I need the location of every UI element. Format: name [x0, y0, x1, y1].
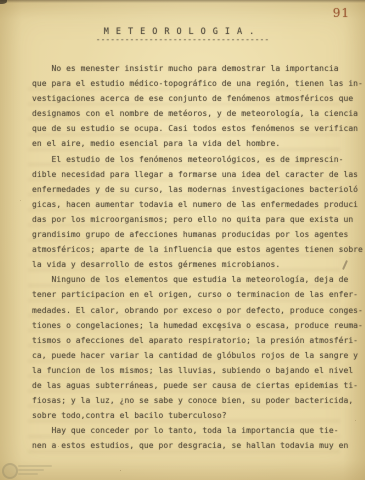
- text-line: enfermedades y de su curso, las modernas…: [32, 182, 362, 197]
- text-line: El estudio de los fenómenos meteorológic…: [32, 152, 362, 167]
- stamp-text-line: [18, 465, 52, 467]
- text-line: nen a estos estudios, que por desgracia,…: [32, 438, 362, 453]
- text-line: das por los microorganismos; pero ello n…: [32, 212, 362, 227]
- text-line: la funcion de los mismos; las lluvias, s…: [32, 363, 362, 378]
- text-line: tismos o afecciones del aparato respirat…: [32, 333, 362, 348]
- text-line: fiosas; y la luz, ¿no se sabe y conoce b…: [32, 393, 362, 408]
- typewritten-body: No es menester insistir mucho para demos…: [32, 61, 362, 453]
- title-dashed-underline: ------------------------------------: [0, 37, 365, 43]
- text-line: que de su estudio se ocupa. Casi todos e…: [32, 121, 362, 136]
- text-line: Hay que conceder por lo tanto, toda la i…: [32, 423, 362, 438]
- text-line: medades. El calor, obrando por exceso o …: [32, 303, 362, 318]
- stamp-text-line: [18, 473, 38, 475]
- text-line: atmosféricos; aparte de la influencia qu…: [32, 242, 362, 257]
- scan-corner-artifact: [0, 0, 7, 4]
- library-stamp-watermark: [1, 461, 111, 477]
- text-line: la vida y desarrollo de estos gérmenes m…: [32, 257, 362, 272]
- text-line: en el aire, medio esencial para la vida …: [32, 136, 362, 151]
- document-page: 91 METEOROLOGIA. -----------------------…: [0, 0, 365, 480]
- text-line: No es menester insistir mucho para demos…: [32, 61, 362, 76]
- page-number: 91: [333, 6, 350, 20]
- text-line: designamos con el nombre de metéoros, y …: [32, 106, 362, 121]
- paper-specks: [0, 0, 1, 1]
- stamp-text-line: [18, 469, 44, 471]
- text-line: sobre todo,contra el bacilo tuberculoso?: [32, 408, 362, 423]
- scan-top-edge-shadow: [0, 0, 365, 3]
- text-line: grandisimo grupo de afecciones humanas p…: [32, 227, 362, 242]
- text-line: que para el estudio médico-topográfico d…: [32, 76, 362, 91]
- text-line: vestigaciones acerca de ese conjunto de …: [32, 91, 362, 106]
- text-line: Ninguno de los elementos que estudia la …: [32, 272, 362, 287]
- text-line: tener participacion en el origen, curso …: [32, 287, 362, 302]
- text-line: gicas, hacen aumentar todavia el numero …: [32, 197, 362, 212]
- text-line: dible necesidad para llegar a formarse u…: [32, 167, 362, 182]
- title-block: METEOROLOGIA. --------------------------…: [0, 27, 365, 43]
- circular-stamp-icon: [2, 463, 18, 479]
- text-line: tiones o congelaciones; la humedad exces…: [32, 318, 362, 333]
- text-line: ca, puede hacer variar la cantidad de gl…: [32, 348, 362, 363]
- text-line: de las aguas subterráneas, puede ser cau…: [32, 378, 362, 393]
